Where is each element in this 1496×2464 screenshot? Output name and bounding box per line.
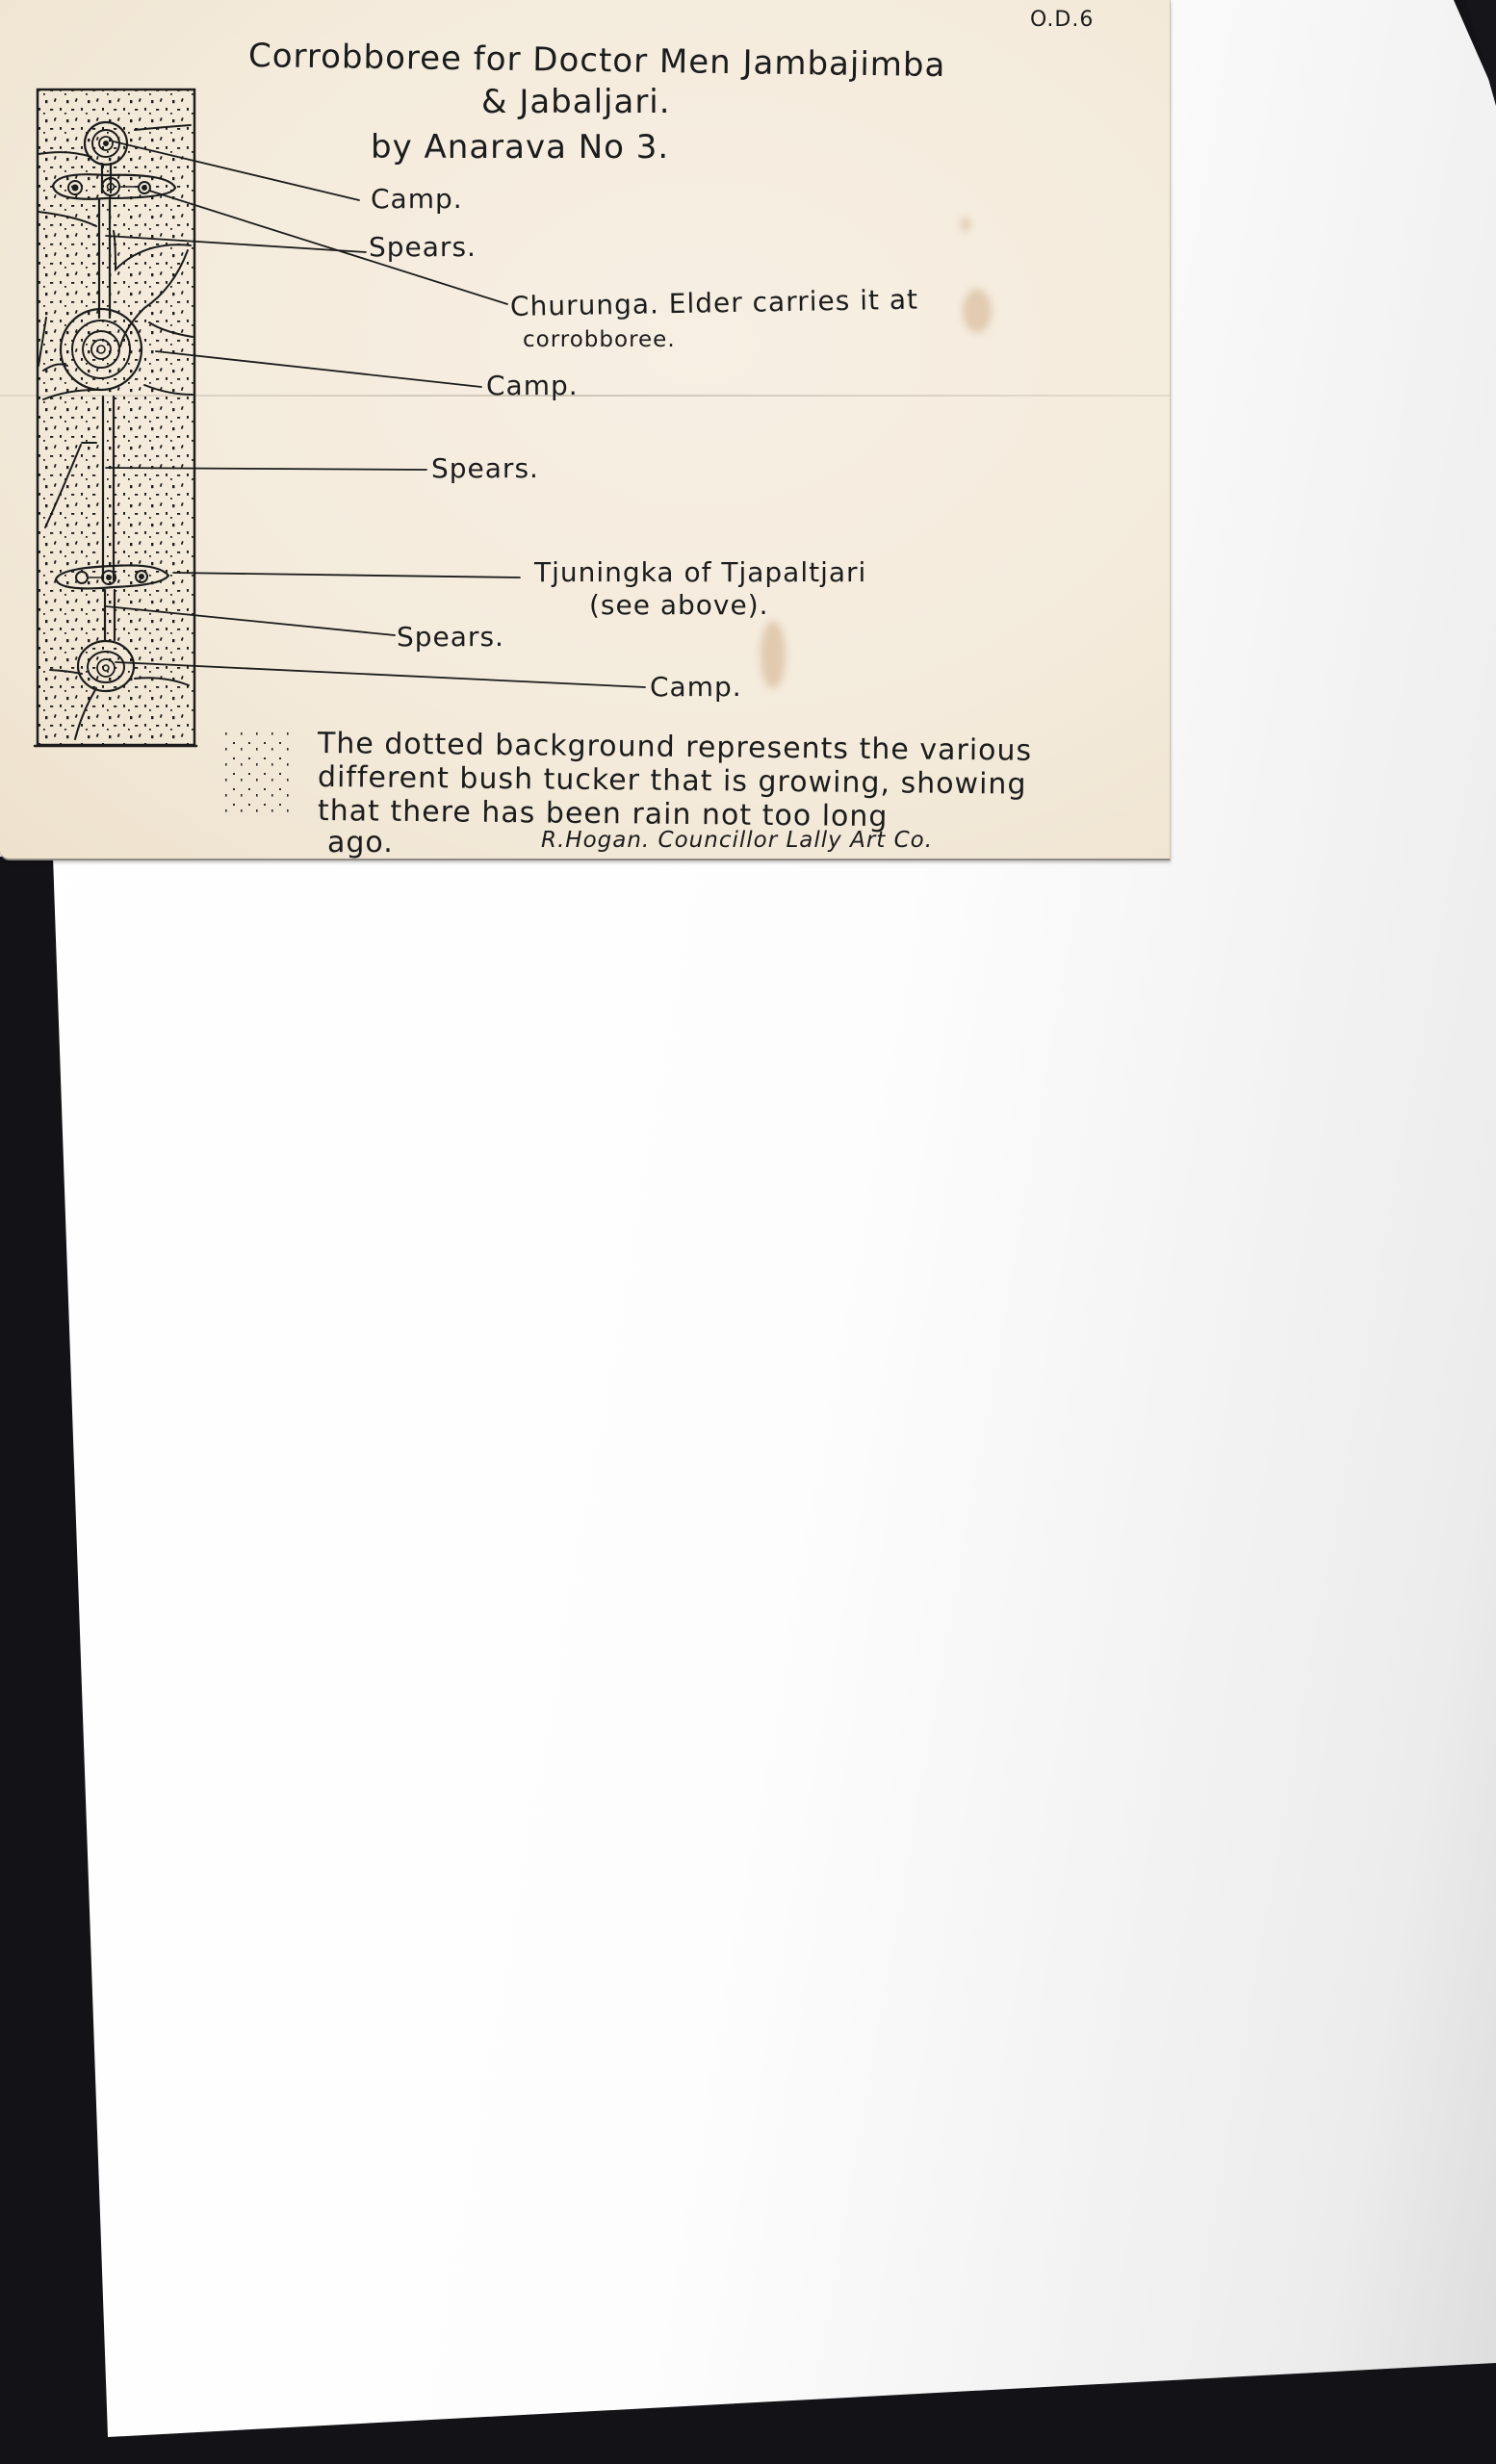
label-tjuningka-cont: (see above). xyxy=(589,589,769,621)
label-churunga-cont: corrobboree. xyxy=(523,327,676,352)
line-camp-middle xyxy=(156,351,481,387)
label-spears-middle: Spears. xyxy=(431,452,539,484)
reference-number: O.D.6 xyxy=(1030,8,1094,32)
label-camp-middle: Camp. xyxy=(486,370,579,401)
label-spears-top: Spears. xyxy=(369,231,477,263)
signature: R.Hogan. Councillor Lally Art Co. xyxy=(541,828,933,853)
dotted-panel xyxy=(38,90,194,745)
label-tjuningka: Tjuningka of Tjapaltjari xyxy=(534,556,866,588)
legend-note-line-4: ago. xyxy=(327,826,394,860)
line-tjuningka xyxy=(173,573,520,577)
label-camp-bottom: Camp. xyxy=(650,671,742,703)
dotted-legend-swatch xyxy=(221,731,294,813)
document-title-line-2: & Jabaljari. xyxy=(481,83,671,121)
label-spears-lower: Spears. xyxy=(397,621,504,653)
author-line: by Anarava No 3. xyxy=(371,128,669,167)
label-camp-top: Camp. xyxy=(371,183,463,215)
